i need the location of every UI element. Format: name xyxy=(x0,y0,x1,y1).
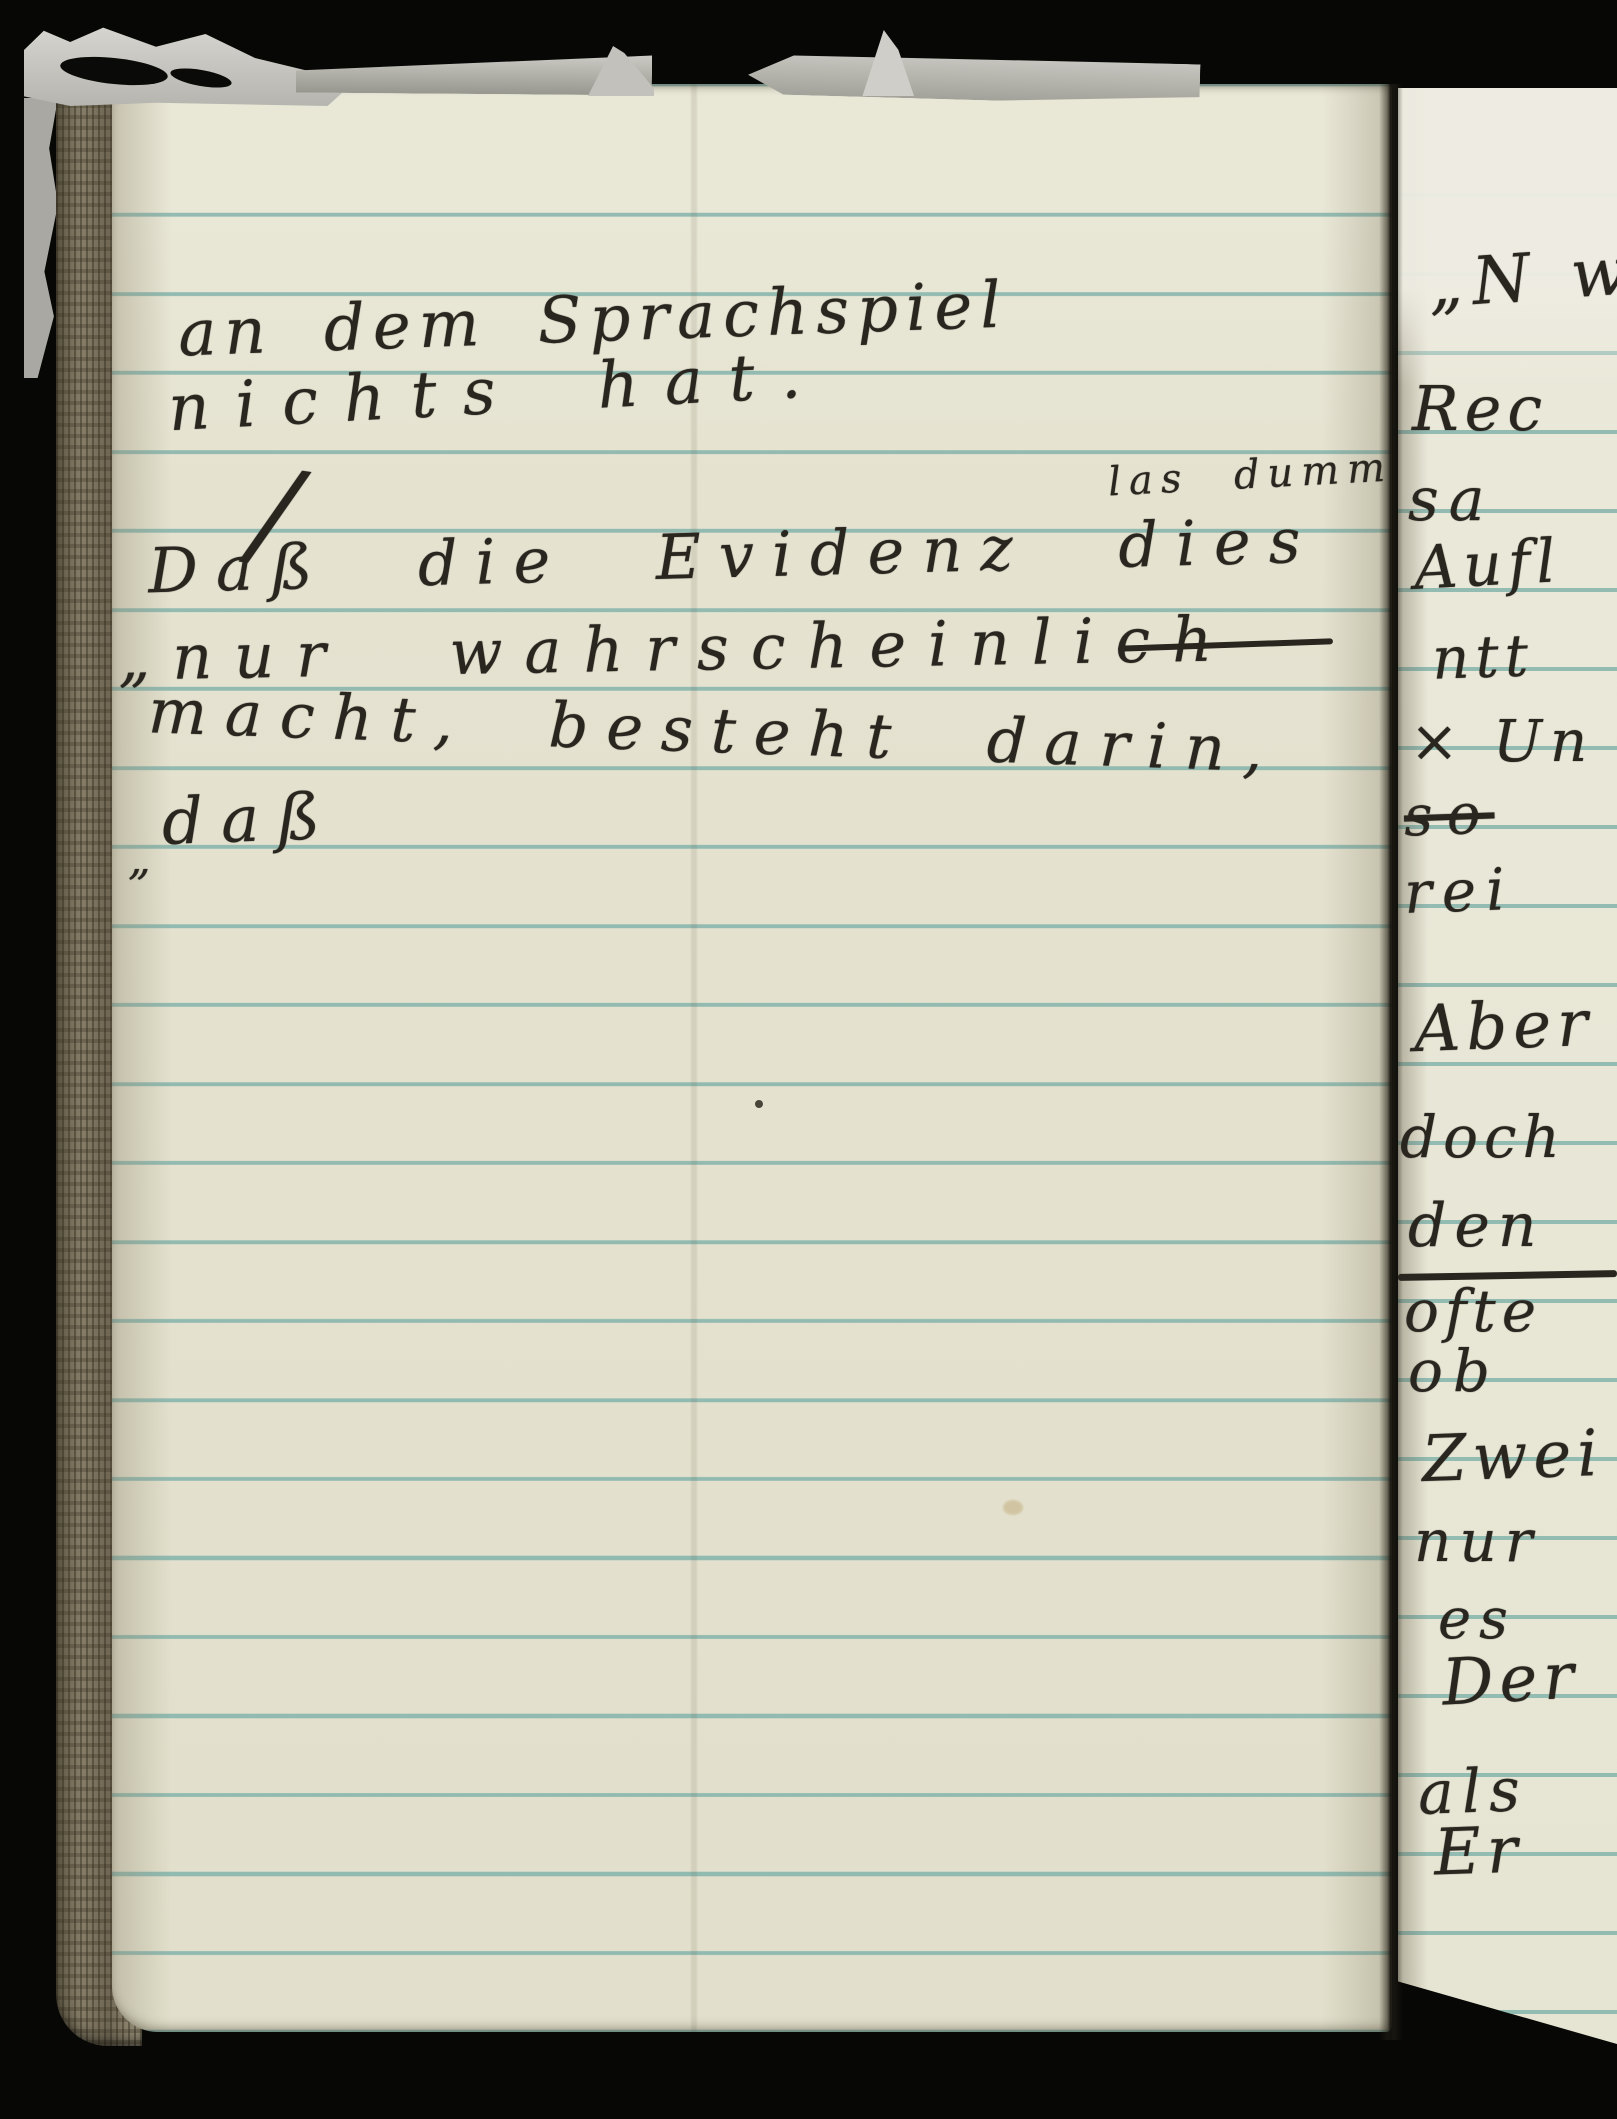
handwritten-fragment: Aber xyxy=(1413,992,1595,1062)
interlinear-insertion: las dumm xyxy=(1107,448,1394,503)
handwritten-fragment: nur xyxy=(1414,1512,1540,1570)
handwritten-fragment: ntt xyxy=(1431,626,1535,688)
margin-quote-mark: „ xyxy=(128,838,151,882)
handwritten-fragment: rei xyxy=(1403,860,1516,922)
tape-fragment xyxy=(24,98,58,378)
handwritten-fragment: sa xyxy=(1408,470,1495,530)
gutter-crease xyxy=(1379,84,1403,2040)
tape-tear-hole xyxy=(59,52,169,89)
handwritten-line: „nur wahrscheinlich xyxy=(118,608,1235,689)
left-page: an dem Sprachspiel nichts hat. las dumm … xyxy=(112,84,1392,2032)
handwritten-line: macht, besteht darin, xyxy=(147,680,1281,781)
ink-speck xyxy=(755,1100,763,1108)
handwritten-fragment: Zwei xyxy=(1421,1422,1605,1492)
handwritten-fragment: Aufl xyxy=(1413,531,1563,599)
handwritten-fragment: ob xyxy=(1408,1342,1500,1400)
tape-fragment xyxy=(24,26,354,106)
handwritten-fragment: Er xyxy=(1433,1818,1524,1885)
handwritten-fragment: Rec xyxy=(1412,378,1548,440)
paper-stain xyxy=(1003,1500,1023,1515)
handwritten-fragment: es xyxy=(1438,1592,1516,1648)
notebook-scan: an dem Sprachspiel nichts hat. las dumm … xyxy=(0,0,1617,2119)
handwritten-fragment: „N w xyxy=(1426,238,1617,318)
handwritten-fragment: doch xyxy=(1400,1108,1566,1166)
handwritten-fragment: so xyxy=(1403,786,1495,845)
handwritten-fragment: den xyxy=(1408,1196,1545,1256)
handwritten-line: Daß die Evidenz dies xyxy=(147,510,1319,603)
tape-tear-hole xyxy=(169,65,233,92)
handwritten-line: daß xyxy=(161,785,339,855)
right-page: „N w Rec sa Aufl ntt × Un so rei Aber do… xyxy=(1398,88,1617,2044)
handwritten-fragment: × Un xyxy=(1410,712,1595,770)
handwritten-fragment: Der xyxy=(1440,1644,1581,1715)
handwritten-fragment: ofte xyxy=(1404,1282,1542,1340)
